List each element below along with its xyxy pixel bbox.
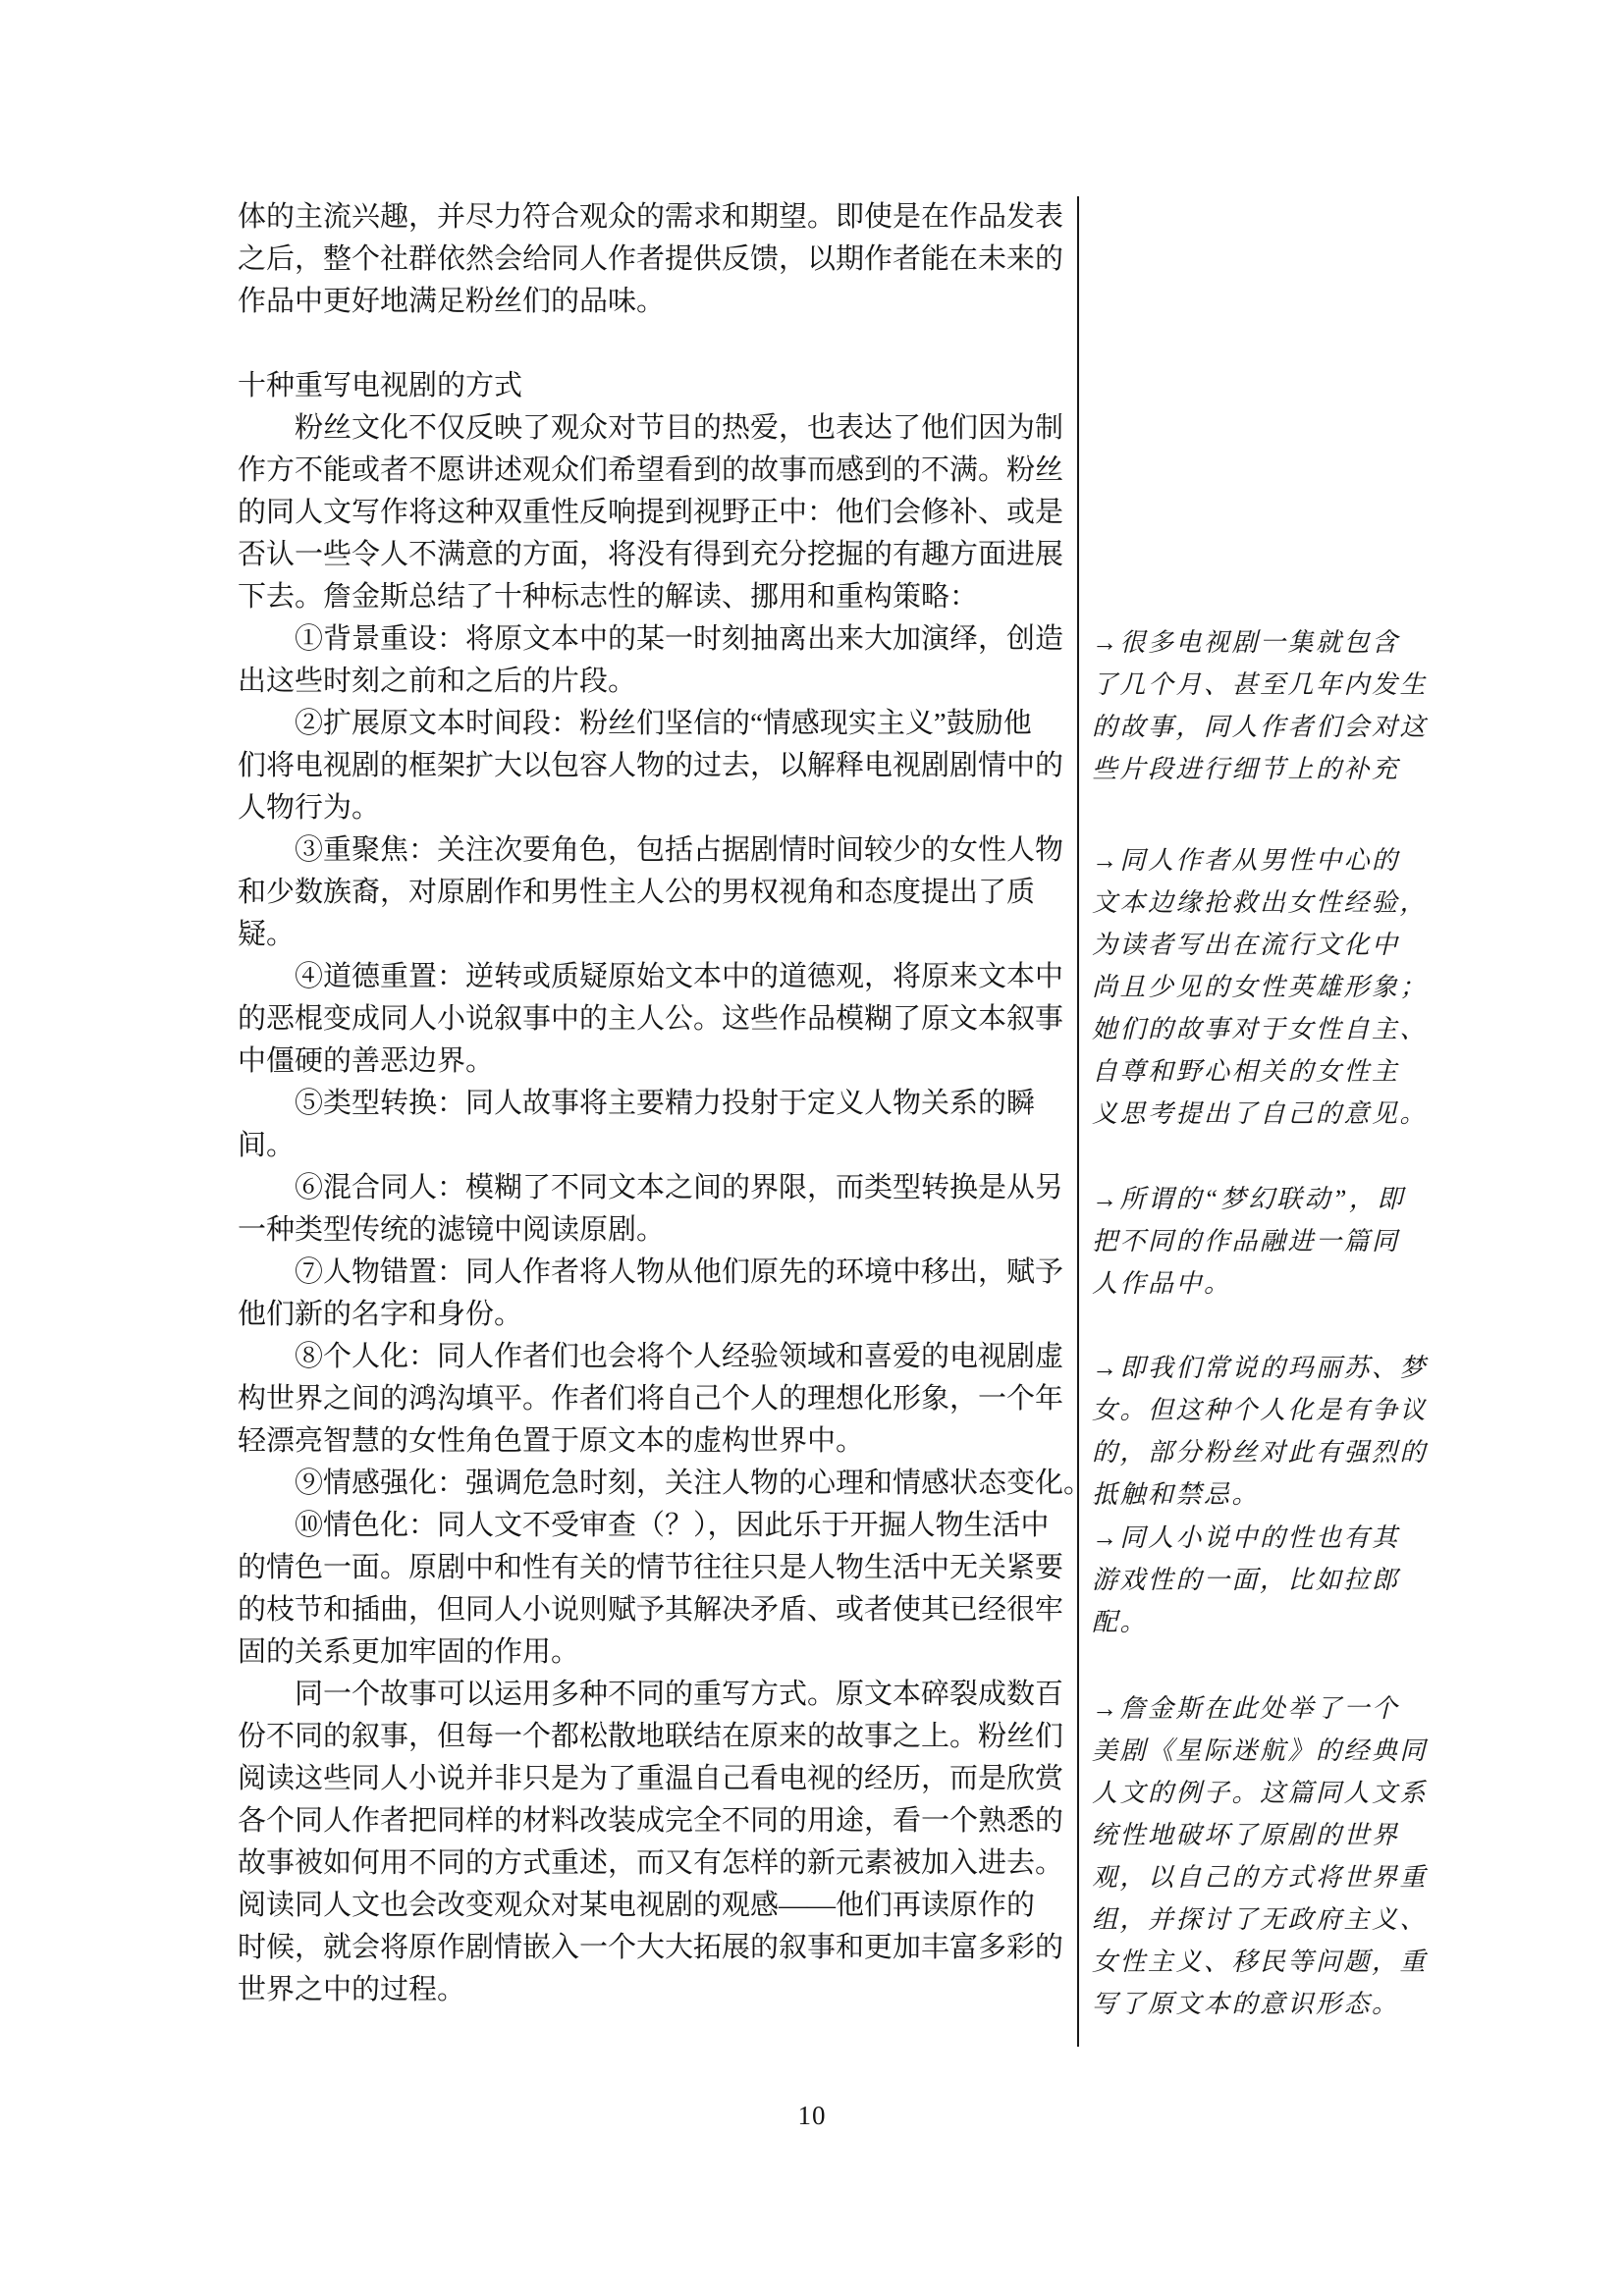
margin-note-line: 为读者写出在流行文化中 <box>1092 924 1416 966</box>
margin-note-line: 人作品中。 <box>1092 1262 1416 1305</box>
body-text-line: 的情色一面。原剧中和性有关的情节往往只是人物生活中无关紧要 <box>238 1547 1072 1589</box>
body-text-line: 人物行为。 <box>238 787 1072 829</box>
body-text-line: 阅读同人文也会改变观众对某电视剧的观感——他们再读原作的 <box>238 1885 1072 1927</box>
body-text-line: 他们新的名字和身份。 <box>238 1294 1072 1336</box>
body-text-line: 和少数族裔，对原剧作和男性主人公的男权视角和态度提出了质 <box>238 872 1072 914</box>
margin-note-star-trek-example: →詹金斯在此处举了一个美剧《星际迷航》的经典同人文的例子。这篇同人文系统性地破坏… <box>1092 1687 1416 2025</box>
body-text-line: 间。 <box>238 1125 1072 1167</box>
margin-note-eroticization: →同人小说中的性也有其游戏性的一面，比如拉郎配。 <box>1092 1517 1416 1643</box>
body-text-line: 各个同人作者把同样的材料改装成完全不同的用途，看一个熟悉的 <box>238 1800 1072 1842</box>
body-text-line: 们将电视剧的框架扩大以包容人物的过去，以解释电视剧剧情中的 <box>238 745 1072 787</box>
margin-note-line: 统性地破坏了原剧的世界 <box>1092 1814 1416 1856</box>
margin-note-line: 了几个月、甚至几年内发生 <box>1092 664 1416 706</box>
body-text-line: ②扩展原文本时间段：粉丝们坚信的“情感现实主义”鼓励他 <box>238 703 1072 745</box>
margin-note-line: →即我们常说的玛丽苏、梦 <box>1092 1347 1416 1389</box>
margin-note-line: →所谓的“梦幻联动”，即 <box>1092 1178 1416 1220</box>
body-text-line: 下去。詹金斯总结了十种标志性的解读、挪用和重构策略： <box>238 576 1072 618</box>
margin-note-line: 抵触和禁忌。 <box>1092 1473 1416 1516</box>
margin-note-personalization: →即我们常说的玛丽苏、梦女。但这种个人化是有争议的，部分粉丝对此有强烈的抵触和禁… <box>1092 1347 1416 1516</box>
margin-note-line: 游戏性的一面，比如拉郎 <box>1092 1559 1416 1601</box>
margin-note-line: 人文的例子。这篇同人文系 <box>1092 1772 1416 1814</box>
body-text-line: 粉丝文化不仅反映了观众对节目的热爱，也表达了他们因为制 <box>238 407 1072 450</box>
body-text-line: ⑥混合同人：模糊了不同文本之间的界限，而类型转换是从另 <box>238 1167 1072 1209</box>
body-text-line: ④道德重置：逆转或质疑原始文本中的道德观，将原来文本中 <box>238 956 1072 998</box>
body-text-line: 作品中更好地满足粉丝们的品味。 <box>238 281 1072 323</box>
body-text-line: 固的关系更加牢固的作用。 <box>238 1631 1072 1674</box>
body-text-line: 的恶棍变成同人小说叙事中的主人公。这些作品模糊了原文本叙事 <box>238 998 1072 1041</box>
body-text-line: 故事被如何用不同的方式重述，而又有怎样的新元素被加入进去。 <box>238 1842 1072 1885</box>
body-text-line: ⑤类型转换：同人故事将主要精力投射于定义人物关系的瞬 <box>238 1083 1072 1125</box>
body-text-line: 轻漂亮智慧的女性角色置于原文本的虚构世界中。 <box>238 1420 1072 1463</box>
margin-note-line: 义思考提出了自己的意见。 <box>1092 1093 1416 1135</box>
body-paragraphs: 粉丝文化不仅反映了观众对节目的热爱，也表达了他们因为制作方不能或者不愿讲述观众们… <box>238 407 1072 2011</box>
body-text-line: 之后，整个社群依然会给同人作者提供反馈，以期作者能在未来的 <box>238 239 1072 281</box>
body-text-line: 疑。 <box>238 914 1072 956</box>
body-text-line: 体的主流兴趣，并尽力符合观众的需求和期望。即使是在作品发表 <box>238 196 1072 239</box>
margin-note-line: 她们的故事对于女性自主、 <box>1092 1008 1416 1050</box>
margin-note-refocalization: →同人作者从男性中心的文本边缘抢救出女性经验，为读者写出在流行文化中尚且少见的女… <box>1092 839 1416 1135</box>
margin-note-line: 的，部分粉丝对此有强烈的 <box>1092 1431 1416 1473</box>
body-text-line: 作方不能或者不愿讲述观众们希望看到的故事而感到的不满。粉丝 <box>238 450 1072 492</box>
paragraph-spacer <box>238 323 1072 365</box>
margin-note-line: 些片段进行细节上的补充 <box>1092 748 1416 790</box>
body-text-line: ⑧个人化：同人作者们也会将个人经验领域和喜爱的电视剧虚 <box>238 1336 1072 1378</box>
document-page: 体的主流兴趣，并尽力符合观众的需求和期望。即使是在作品发表之后，整个社群依然会给… <box>0 0 1624 2296</box>
body-text-line: 否认一些令人不满意的方面，将没有得到充分挖掘的有趣方面进展 <box>238 534 1072 576</box>
body-text-line: 构世界之间的鸿沟填平。作者们将自己个人的理想化形象，一个年 <box>238 1378 1072 1420</box>
body-text-line: 时候，就会将原作剧情嵌入一个大大拓展的叙事和更加丰富多彩的 <box>238 1927 1072 1969</box>
margin-note-line: 女。但这种个人化是有争议 <box>1092 1389 1416 1431</box>
body-text-line: 出这些时刻之前和之后的片段。 <box>238 661 1072 703</box>
margin-note-line: →很多电视剧一集就包含 <box>1092 621 1416 664</box>
body-text-line: 中僵硬的善恶边界。 <box>238 1041 1072 1083</box>
margin-note-line: 配。 <box>1092 1601 1416 1643</box>
body-text-line: ①背景重设：将原文本中的某一时刻抽离出来大加演绎，创造 <box>238 618 1072 661</box>
body-text-line: 同一个故事可以运用多种不同的重写方式。原文本碎裂成数百 <box>238 1674 1072 1716</box>
body-text-line: ⑦人物错置：同人作者将人物从他们原先的环境中移出，赋予 <box>238 1252 1072 1294</box>
margin-note-line: 美剧《星际迷航》的经典同 <box>1092 1730 1416 1772</box>
body-text-line: ⑩情色化：同人文不受审查（？），因此乐于开掘人物生活中 <box>238 1505 1072 1547</box>
body-text-line: 世界之中的过程。 <box>238 1969 1072 2011</box>
margin-note-line: →詹金斯在此处举了一个 <box>1092 1687 1416 1730</box>
margin-note-line: 女性主义、移民等问题，重 <box>1092 1941 1416 1983</box>
margin-note-line: 把不同的作品融进一篇同 <box>1092 1220 1416 1262</box>
body-text-line: 一种类型传统的滤镜中阅读原剧。 <box>238 1209 1072 1252</box>
margin-note-line: →同人小说中的性也有其 <box>1092 1517 1416 1559</box>
body-text-line: 阅读这些同人小说并非只是为了重温自己看电视的经历，而是欣赏 <box>238 1758 1072 1800</box>
body-text-line: 的枝节和插曲，但同人小说则赋予其解决矛盾、或者使其已经很牢 <box>238 1589 1072 1631</box>
margin-note-line: →同人作者从男性中心的 <box>1092 839 1416 881</box>
margin-note-line: 自尊和野心相关的女性主 <box>1092 1050 1416 1093</box>
body-text-line: ③重聚焦：关注次要角色，包括占据剧情时间较少的女性人物 <box>238 829 1072 872</box>
margin-note-line: 的故事，同人作者们会对这 <box>1092 706 1416 748</box>
body-text-line: 份不同的叙事，但每一个都松散地联结在原来的故事之上。粉丝们 <box>238 1716 1072 1758</box>
body-text-line: ⑨情感强化：强调危急时刻，关注人物的心理和情感状态变化。 <box>238 1463 1072 1505</box>
margin-note-line: 写了原文本的意识形态。 <box>1092 1983 1416 2025</box>
margin-note-background-reset: →很多电视剧一集就包含了几个月、甚至几年内发生的故事，同人作者们会对这些片段进行… <box>1092 621 1416 790</box>
margin-note-line: 文本边缘抢救出女性经验， <box>1092 881 1416 924</box>
margin-note-line: 观，以自己的方式将世界重 <box>1092 1856 1416 1898</box>
section-heading: 十种重写电视剧的方式 <box>238 365 1072 407</box>
margin-note-line: 组，并探讨了无政府主义、 <box>1092 1898 1416 1941</box>
margin-divider-line <box>1077 196 1079 2047</box>
intro-paragraph: 体的主流兴趣，并尽力符合观众的需求和期望。即使是在作品发表之后，整个社群依然会给… <box>238 196 1072 323</box>
page-number: 10 <box>0 2101 1624 2131</box>
margin-note-line: 尚且少见的女性英雄形象； <box>1092 966 1416 1008</box>
body-text-line: 的同人文写作将这种双重性反响提到视野正中：他们会修补、或是 <box>238 492 1072 534</box>
margin-note-crossover: →所谓的“梦幻联动”，即把不同的作品融进一篇同人作品中。 <box>1092 1178 1416 1305</box>
main-text-column: 体的主流兴趣，并尽力符合观众的需求和期望。即使是在作品发表之后，整个社群依然会给… <box>238 196 1072 2011</box>
